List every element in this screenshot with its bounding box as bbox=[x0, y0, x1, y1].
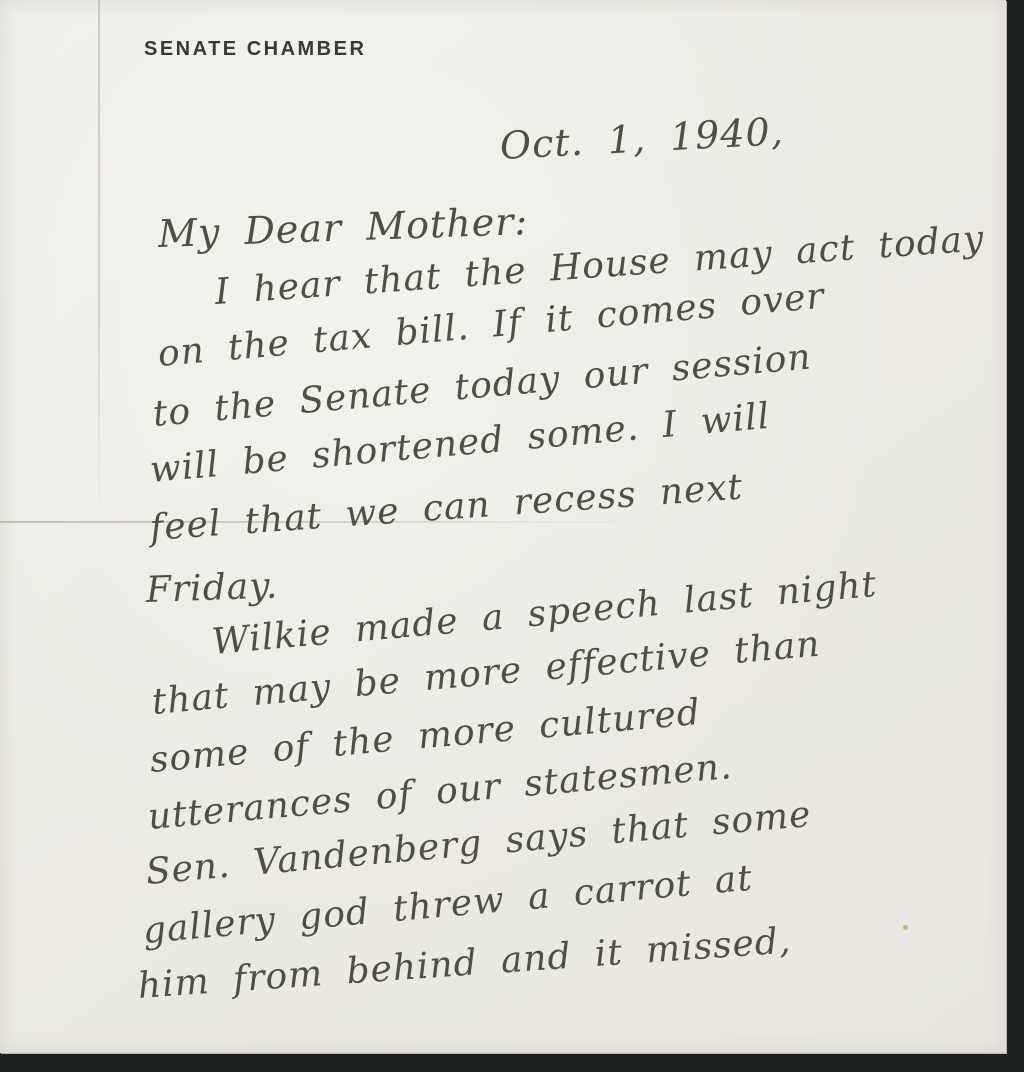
letter-date: Oct. 1, 1940, bbox=[499, 109, 785, 168]
fold-crease-vertical bbox=[98, 0, 100, 525]
letterhead-title: SENATE CHAMBER bbox=[144, 38, 366, 61]
ink-speck bbox=[903, 925, 908, 930]
letter-paper: SENATE CHAMBER Oct. 1, 1940, My Dear Mot… bbox=[0, 0, 1006, 1053]
handwritten-line: Friday. bbox=[145, 565, 279, 611]
letter-salutation: My Dear Mother: bbox=[157, 199, 529, 256]
scanned-letter: SENATE CHAMBER Oct. 1, 1940, My Dear Mot… bbox=[0, 0, 1024, 1072]
